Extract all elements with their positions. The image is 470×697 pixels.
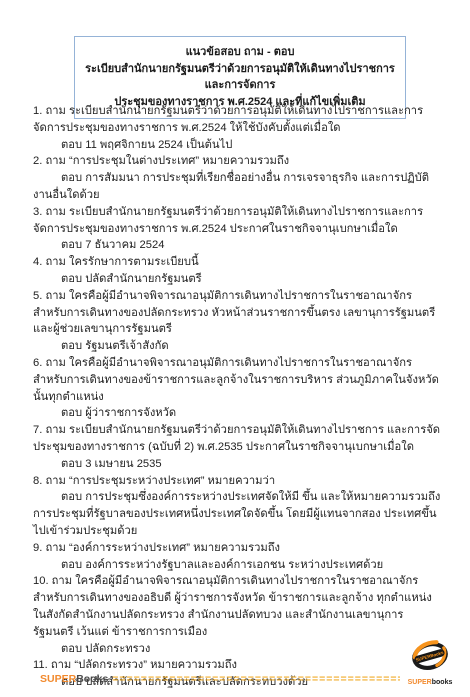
answer-text: ตอบ 3 เมษายน 2535 <box>33 456 443 473</box>
qa-item-2: 2. ถาม “การประชุมในต่างประเทศ” หมายความร… <box>33 153 443 203</box>
footer-brand-super: SUPER <box>40 673 76 685</box>
logo-text-books: books <box>432 679 453 686</box>
question-text: 5. ถาม ใครคือผู้มีอำนาจพิจารณาอนุมัติการ… <box>33 288 443 338</box>
question-text: 1. ถาม ระเบียบสำนักนายกรัฐมนตรีว่าด้วยกา… <box>33 103 443 137</box>
qa-list: 1. ถาม ระเบียบสำนักนายกรัฐมนตรีว่าด้วยกา… <box>33 103 443 691</box>
footer-divider: ========================================… <box>108 673 400 687</box>
question-text: 2. ถาม “การประชุมในต่างประเทศ” หมายความร… <box>33 153 443 170</box>
answer-text: ตอบ ผู้ว่าราชการจังหวัด <box>33 405 443 422</box>
answer-text: ตอบ 11 พฤศจิกายน 2524 เป็นต้นไป <box>33 137 443 154</box>
answer-text: ตอบ องค์การระหว่างรัฐบาลและองค์การเอกชน … <box>33 557 443 574</box>
footer-brand: SUPERBooks <box>40 673 108 687</box>
page-footer: SUPERBooks =============================… <box>40 640 458 687</box>
qa-item-7: 7. ถาม ระเบียบสำนักนายกรัฐมนตรีว่าด้วยกา… <box>33 422 443 472</box>
superbooks-logo-text: SUPERbooks <box>408 679 453 687</box>
document-subtitle-line1: ระเบียบสำนักนายกรัฐมนตรีว่าด้วยการอนุมัต… <box>83 61 397 94</box>
question-text: 10. ถาม ใครคือผู้มีอำนาจพิจารณาอนุมัติกา… <box>33 573 443 640</box>
footer-brand-books: Books <box>76 673 108 685</box>
answer-text: ตอบ การสัมมนา การประชุมที่เรียกชื่ออย่าง… <box>33 170 443 204</box>
question-text: 7. ถาม ระเบียบสำนักนายกรัฐมนตรีว่าด้วยกา… <box>33 422 443 456</box>
qa-item-5: 5. ถาม ใครคือผู้มีอำนาจพิจารณาอนุมัติการ… <box>33 288 443 355</box>
qa-item-4: 4. ถาม ใครรักษาการตามระเบียบนี้ ตอบ ปลัด… <box>33 254 443 288</box>
qa-item-9: 9. ถาม “องค์การระหว่างประเทศ” หมายความรว… <box>33 540 443 574</box>
superbooks-swoosh-icon: SUPERBooks <box>407 640 453 679</box>
question-text: 3. ถาม ระเบียบสำนักนายกรัฐมนตรีว่าด้วยกา… <box>33 204 443 238</box>
answer-text: ตอบ การประชุมซึ่งองค์การระหว่างประเทศจัด… <box>33 489 443 539</box>
question-text: 4. ถาม ใครรักษาการตามระเบียบนี้ <box>33 254 443 271</box>
superbooks-logo: SUPERBooks SUPERbooks <box>402 640 458 687</box>
question-text: 6. ถาม ใครคือผู้มีอำนาจพิจารณาอนุมัติการ… <box>33 355 443 405</box>
question-text: 8. ถาม “การประชุมระหว่างประเทศ” หมายความ… <box>33 473 443 490</box>
qa-item-6: 6. ถาม ใครคือผู้มีอำนาจพิจารณาอนุมัติการ… <box>33 355 443 422</box>
qa-item-3: 3. ถาม ระเบียบสำนักนายกรัฐมนตรีว่าด้วยกา… <box>33 204 443 254</box>
answer-text: ตอบ รัฐมนตรีเจ้าสังกัด <box>33 338 443 355</box>
qa-item-1: 1. ถาม ระเบียบสำนักนายกรัฐมนตรีว่าด้วยกา… <box>33 103 443 153</box>
qa-item-8: 8. ถาม “การประชุมระหว่างประเทศ” หมายความ… <box>33 473 443 540</box>
answer-text: ตอบ 7 ธันวาคม 2524 <box>33 237 443 254</box>
logo-text-super: SUPER <box>408 679 432 686</box>
question-text: 9. ถาม “องค์การระหว่างประเทศ” หมายความรว… <box>33 540 443 557</box>
document-page: แนวข้อสอบ ถาม - ตอบ ระเบียบสำนักนายกรัฐม… <box>0 0 470 697</box>
answer-text: ตอบ ปลัดสำนักนายกรัฐมนตรี <box>33 271 443 288</box>
document-title: แนวข้อสอบ ถาม - ตอบ <box>83 44 397 61</box>
